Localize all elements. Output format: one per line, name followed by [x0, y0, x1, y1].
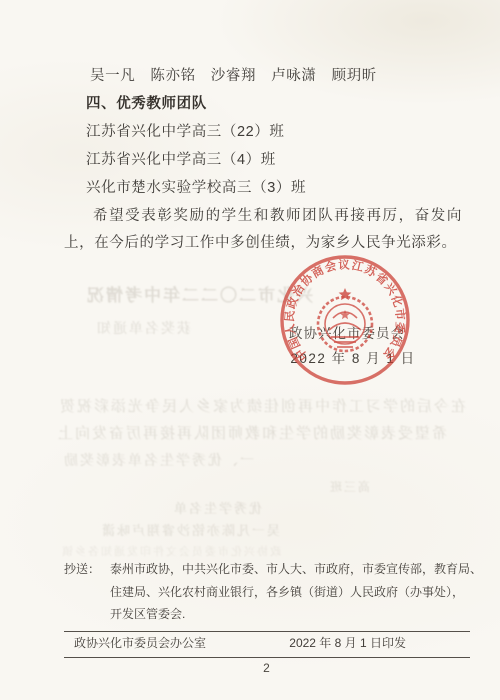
bleedthrough-text: 高三班 — [328, 478, 370, 495]
seal-outer-ring — [282, 257, 408, 383]
team-line: 兴化市楚水实验学校高三（3）班 — [64, 174, 464, 202]
seal-emblem — [318, 297, 372, 351]
team-line: 江苏省兴化中学高三（22）班 — [64, 118, 464, 146]
copy-to-label: 抄送： — [64, 558, 110, 626]
closing-paragraph: 希望受表彰奖励的学生和教师团队再接再厉，奋发向上，在今后的学习工作中多创佳绩，为… — [64, 203, 462, 257]
copy-to-line: 住建局、兴化农村商业银行，各乡镇（街道）人民政府（办事处）， — [110, 581, 482, 604]
section-heading: 四、优秀教师团队 — [64, 90, 464, 118]
bleedthrough-text: 吴一凡陈亦铭沙睿翔卢咏潇 — [100, 520, 280, 539]
copy-to-line: 开发区管委会. — [110, 603, 482, 626]
student-names-line: 吴一凡 陈亦铭 沙睿翔 卢咏潇 顾玥昕 — [64, 62, 464, 90]
official-seal-stamp-icon: 中国人民政治协商会议江苏省兴化市委员会 — [277, 252, 413, 388]
issue-row: 政协兴化市委员会办公室 2022 年 8 月 1 日印发 — [64, 632, 470, 653]
print-date: 2022 年 8 月 1 日印发 — [289, 634, 406, 651]
bleedthrough-text: 希望受表彰奖励的学生和教师团队再接再厉奋发向上 — [56, 422, 447, 443]
document-footer: 抄送： 泰州市政协，中共兴化市委、市人大、市政府，市委宣传部，教育局、 住建局、… — [64, 558, 470, 675]
document-body: 吴一凡 陈亦铭 沙睿翔 卢咏潇 顾玥昕 四、优秀教师团队 江苏省兴化中学高三（2… — [64, 62, 464, 257]
bleedthrough-text: 政协兴化市委员会文件印发通知各乡镇 — [60, 543, 281, 559]
copy-to-block: 抄送： 泰州市政协，中共兴化市委、市人大、市政府，市委宣传部，教育局、 住建局、… — [64, 558, 470, 626]
bleedthrough-text: 优秀学生名单 — [172, 498, 262, 517]
seal-inner-star-icon — [340, 310, 350, 319]
team-line: 江苏省兴化中学高三（4）班 — [64, 146, 464, 174]
issuing-office: 政协兴化市委员会办公室 — [74, 634, 206, 651]
bleedthrough-text: 在今后的学习工作中再创佳绩为家乡人民争光添彩祝贺 — [58, 395, 466, 416]
copy-to-line: 泰州市政协，中共兴化市委、市人大、市政府，市委宣传部，教育局、 — [110, 558, 482, 581]
bleedthrough-text: 一、优秀学生名单表彰奖励 — [62, 450, 254, 470]
copy-to-lines: 泰州市政协，中共兴化市委、市人大、市政府，市委宣传部，教育局、 住建局、兴化农村… — [110, 558, 482, 626]
page-number: 2 — [64, 661, 470, 675]
bleedthrough-text: 获奖名单通知 — [95, 318, 191, 338]
footer-divider-bottom — [64, 657, 470, 658]
scanned-document-page: 兴化市二〇二二年中考情况 获奖名单通知 在今后的学习工作中再创佳绩为家乡人民争光… — [0, 0, 500, 700]
